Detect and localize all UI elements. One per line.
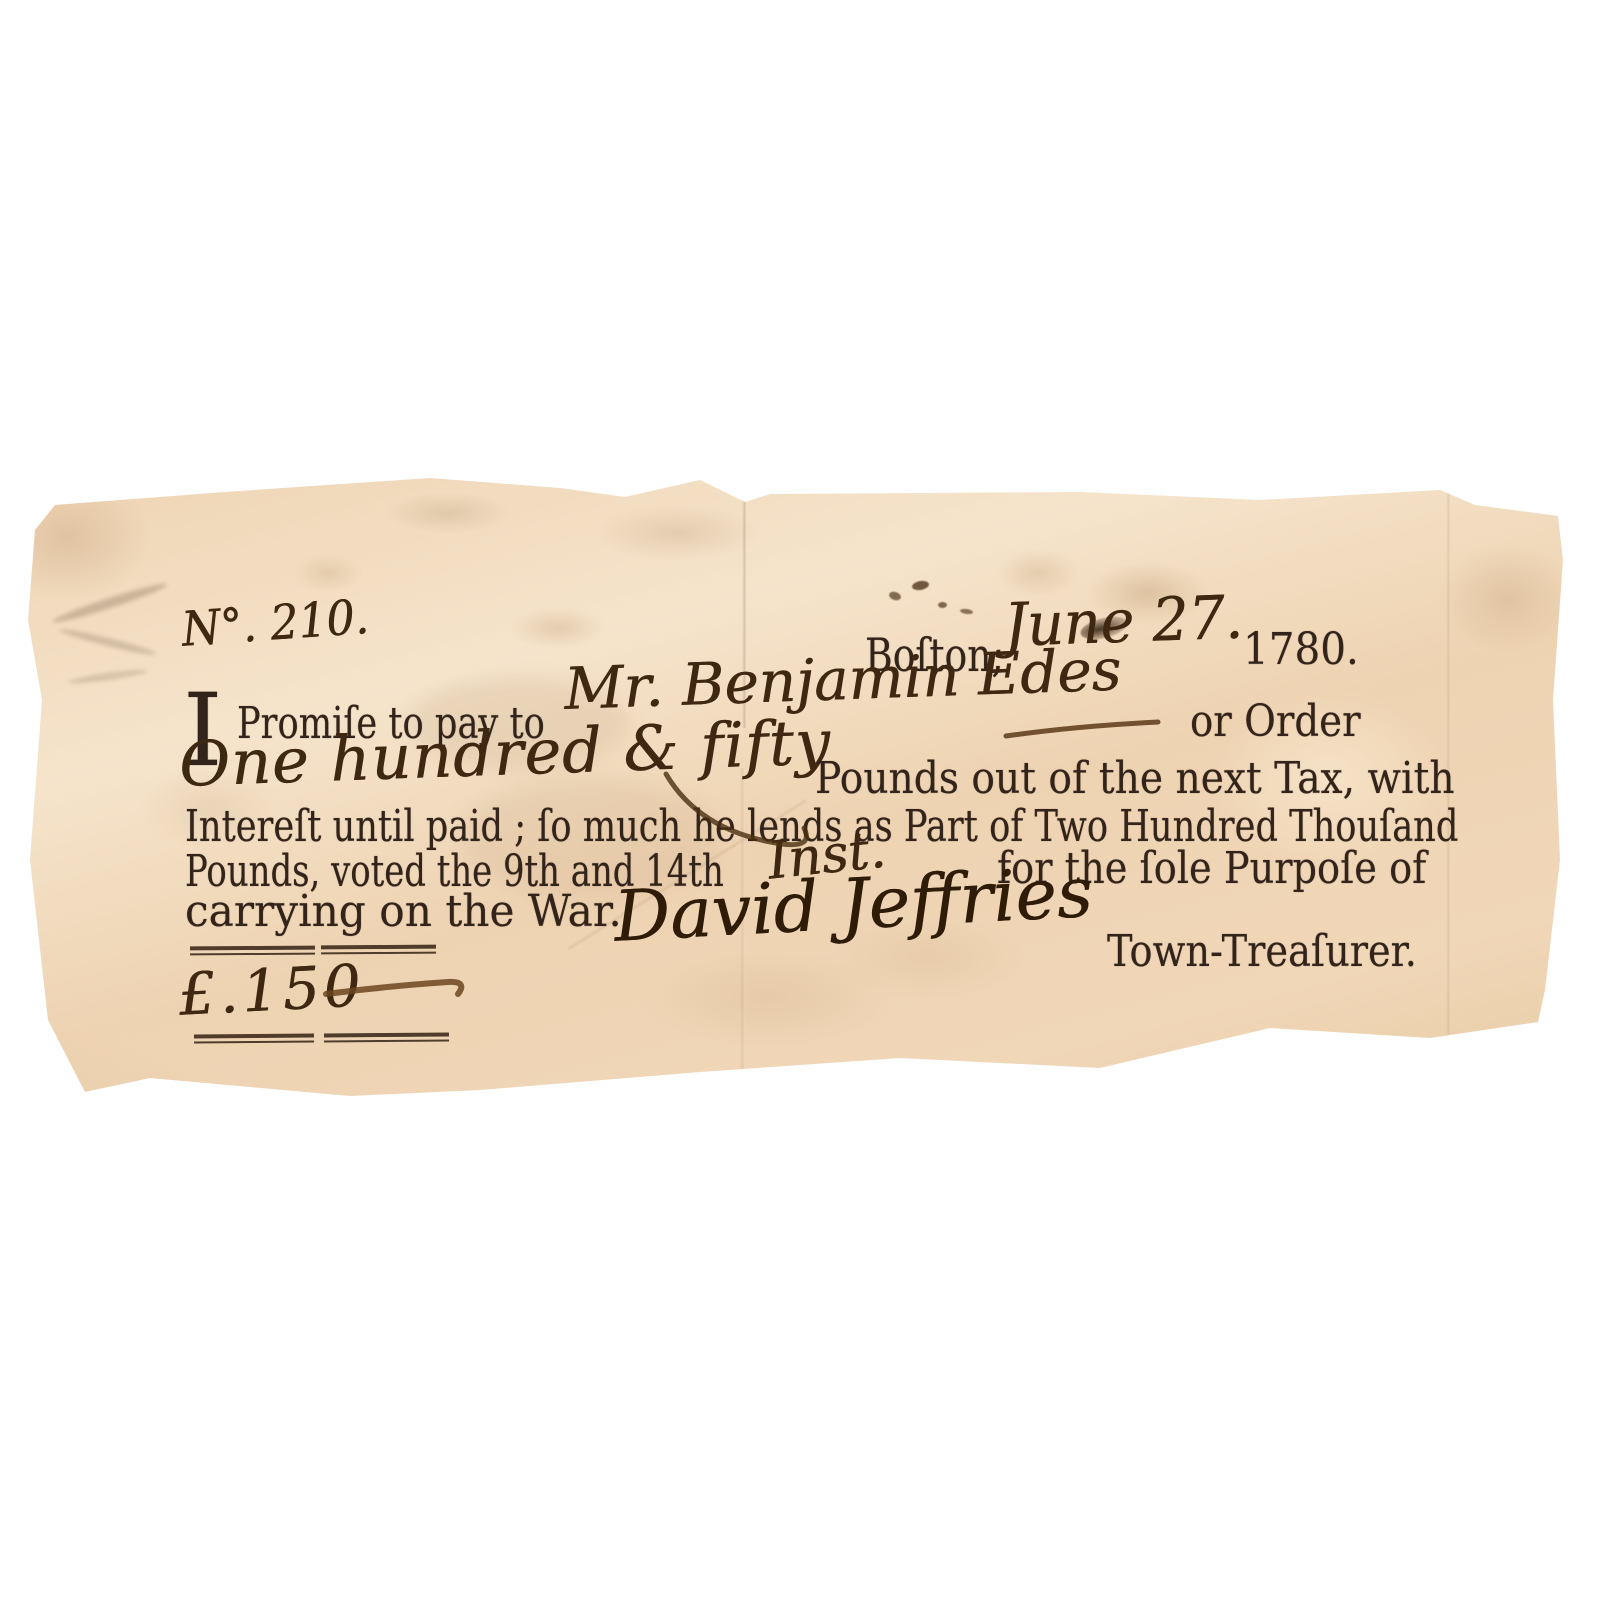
- year-label: 1780.: [1243, 628, 1359, 672]
- scan-background: N°. 210. Boſton, June 27. 1780. I Promiſ…: [0, 0, 1600, 1600]
- ink-spot: [911, 580, 929, 592]
- body-line-war: carrying on the War.: [185, 890, 622, 934]
- note-number: N°. 210.: [180, 593, 370, 654]
- treasurer-signature: David Jeffries: [612, 857, 1094, 952]
- showthrough-marks: [51, 580, 168, 627]
- payee-name: Mr. Benjamin Edes: [563, 641, 1122, 718]
- or-order-label: or Order: [1190, 700, 1361, 744]
- amount-in-words: One hundred & fifty: [178, 711, 832, 796]
- payee-flourish: [1006, 722, 1158, 736]
- ink-spot: [938, 602, 947, 608]
- showthrough-marks: [68, 667, 148, 685]
- note-paper: N°. 210. Boſton, June 27. 1780. I Promiſ…: [28, 478, 1563, 1100]
- showthrough-marks: [59, 626, 158, 658]
- amount-rule-bottom-left: [194, 1033, 314, 1043]
- ink-spot: [888, 590, 902, 601]
- signer-title: Town-Treaſurer.: [1107, 930, 1417, 974]
- ink-spot: [960, 608, 974, 615]
- body-line-pounds-out: Pounds out of the next Tax, with: [815, 757, 1455, 801]
- amount-rule-bottom-right: [324, 1032, 449, 1042]
- amount-numeric: £.150: [177, 956, 366, 1024]
